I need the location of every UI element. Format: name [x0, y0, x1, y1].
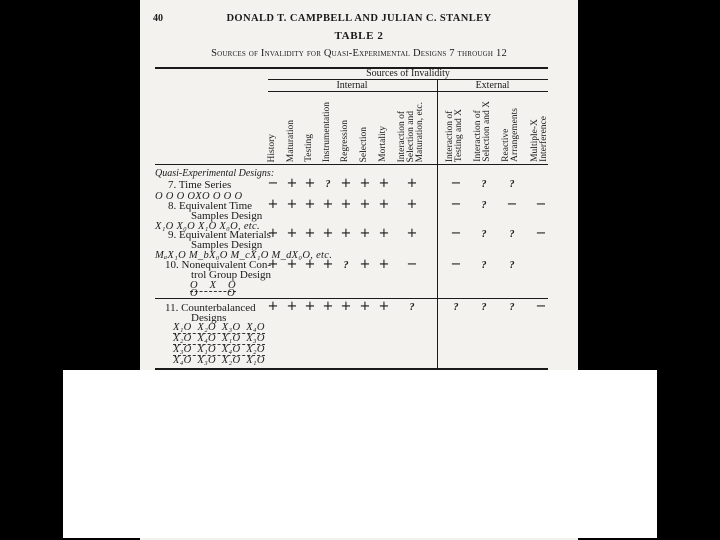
rating-mark: ?: [504, 228, 520, 241]
rating-mark: −: [533, 227, 549, 240]
subgroup-external: External: [437, 80, 548, 91]
rating-mark: +: [404, 177, 420, 190]
rating-mark: +: [320, 227, 336, 240]
column-header-reactive-arrangements: Reactive Arrangements: [502, 108, 520, 162]
table-title: Sources of Invalidity for Quasi-Experime…: [140, 48, 578, 59]
column-header-history: History: [268, 134, 277, 163]
group-header-sources-of-invalidity: Sources of Invalidity: [268, 68, 548, 79]
rating-mark: ?: [476, 259, 492, 272]
rating-mark: +: [376, 258, 392, 271]
rating-mark: −: [448, 227, 464, 240]
column-header-selection: Selection: [360, 127, 369, 162]
rating-mark: −: [404, 258, 420, 271]
column-header-testing: Testing: [305, 134, 314, 162]
rating-mark: −: [265, 177, 281, 190]
rating-mark: +: [338, 227, 354, 240]
rating-mark: ?: [448, 301, 464, 314]
section-label: Quasi-Experimental Designs:: [155, 168, 274, 179]
row-10-notation-group-2: O O: [190, 288, 235, 299]
rating-mark: +: [338, 177, 354, 190]
column-header-interaction-testing-x: Interaction of Testing and X: [446, 109, 464, 162]
row-11-notation-4: X₄O X₃O X₂O X₁O: [173, 355, 265, 366]
rating-mark: +: [302, 177, 318, 190]
rating-mark: +: [404, 198, 420, 211]
rating-mark: ?: [504, 178, 520, 191]
rating-mark: +: [376, 177, 392, 190]
rating-mark: +: [320, 198, 336, 211]
rating-mark: +: [404, 227, 420, 240]
rating-mark: +: [302, 300, 318, 313]
rating-mark: +: [376, 300, 392, 313]
rating-mark: ?: [476, 199, 492, 212]
rating-mark: −: [448, 258, 464, 271]
rating-mark: +: [265, 227, 281, 240]
rating-mark: −: [448, 177, 464, 190]
column-header-maturation: Maturation: [287, 120, 296, 162]
rating-mark: +: [284, 177, 300, 190]
rating-mark: +: [302, 258, 318, 271]
internal-external-divider: [437, 80, 438, 370]
rating-mark: +: [284, 258, 300, 271]
header-bottom-rule: [155, 164, 548, 165]
rating-mark: −: [533, 198, 549, 211]
rating-mark: ?: [504, 259, 520, 272]
rating-mark: +: [265, 258, 281, 271]
rating-mark: +: [302, 198, 318, 211]
rating-mark: +: [320, 258, 336, 271]
rating-mark: −: [448, 198, 464, 211]
rating-mark: +: [338, 300, 354, 313]
rating-mark: ?: [476, 178, 492, 191]
rating-mark: +: [357, 177, 373, 190]
blank-white-panel: [63, 370, 657, 538]
subgroup-internal: Internal: [268, 80, 436, 91]
rating-mark: +: [338, 198, 354, 211]
rating-mark: ?: [504, 301, 520, 314]
rating-mark: +: [302, 227, 318, 240]
rating-mark: +: [284, 198, 300, 211]
rating-mark: ?: [476, 228, 492, 241]
rating-mark: +: [320, 300, 336, 313]
column-header-instrumentation: Instrumentation: [323, 102, 332, 162]
running-head: DONALD T. CAMPBELL AND JULIAN C. STANLEY: [140, 13, 578, 24]
rating-mark: ?: [338, 259, 354, 272]
rating-mark: +: [357, 198, 373, 211]
rating-mark: +: [265, 300, 281, 313]
rating-mark: +: [357, 300, 373, 313]
rating-mark: +: [357, 258, 373, 271]
rating-mark: −: [533, 300, 549, 313]
column-header-regression: Regression: [341, 120, 350, 162]
subgroup-rule: [268, 91, 548, 92]
rating-mark: +: [265, 198, 281, 211]
rating-mark: −: [504, 198, 520, 211]
column-header-multiple-x-interference: Multiple-X Interference: [531, 116, 549, 162]
rating-mark: +: [357, 227, 373, 240]
rating-mark: +: [284, 227, 300, 240]
rating-mark: +: [376, 198, 392, 211]
rating-mark: +: [284, 300, 300, 313]
column-header-interaction-selection-x: Interaction of Selection and X: [474, 101, 492, 162]
table-number: TABLE 2: [140, 30, 578, 42]
column-header-mortality: Mortality: [379, 126, 388, 162]
rating-mark: +: [376, 227, 392, 240]
row-7-label: 7. Time Series: [168, 180, 231, 191]
rating-mark: ?: [320, 178, 336, 191]
rating-mark: ?: [404, 301, 420, 314]
rating-mark: ?: [476, 301, 492, 314]
column-header-interaction-selection-maturation: Interaction of Selection and Maturation,…: [398, 102, 425, 162]
